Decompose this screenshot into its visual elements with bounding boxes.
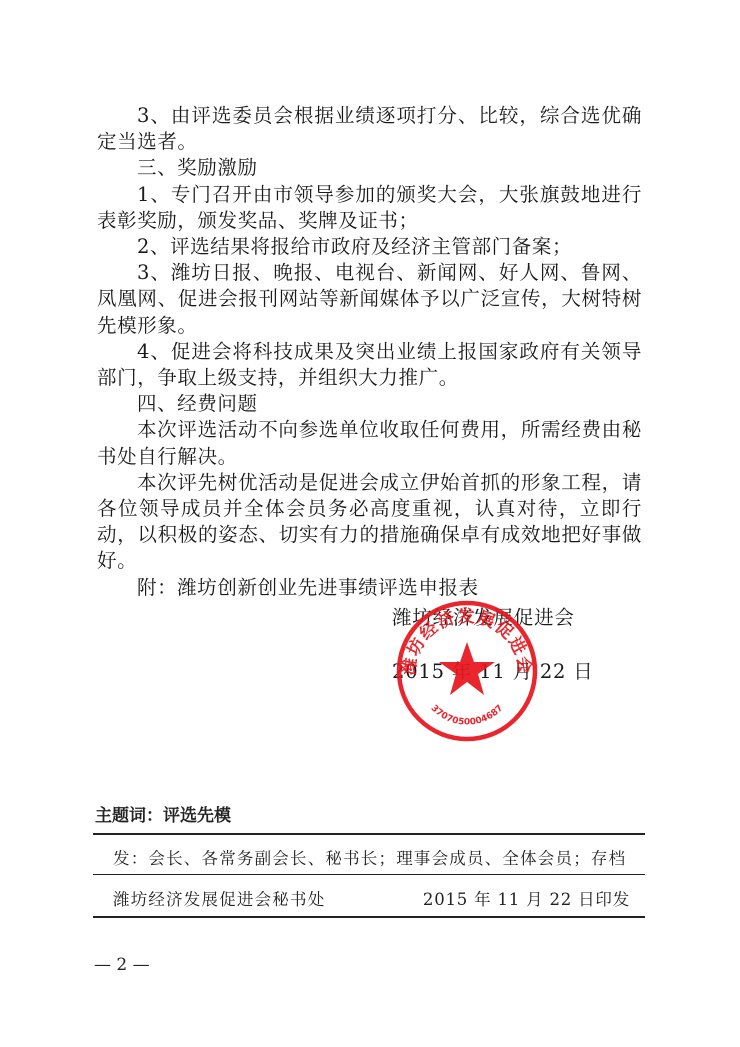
paragraph-no-fees: 本次评选活动不向参选单位收取任何费用，所需经费由秘书处自行解决。 [97,417,642,469]
paragraph-media-publicity: 3、潍坊日报、晚报、电视台、新闻网、好人网、鲁网、凤凰网、促进会报刊网站等新闻媒… [97,260,642,339]
section-heading-rewards: 三、奖励激励 [97,155,642,181]
divider-bottom [93,916,645,918]
paragraph-report-upward: 4、促进会将科技成果及突出业绩上报国家政府有关领导部门，争取上级支持，并组织大力… [97,339,642,391]
document-body: 3、由评选委员会根据业绩逐项打分、比较，综合选优确定当选者。 三、奖励激励 1、… [97,103,642,601]
divider-middle [93,874,645,875]
paragraph-call-to-action: 本次评先树优活动是促进会成立伊始首抓的形象工程，请各位领导成员并全体会员务必高度… [97,470,642,575]
attachment-note: 附：潍坊创新创业先进事绩评选申报表 [97,575,642,601]
official-seal: 潍坊经济发展促进会 3707050004687 [394,598,540,744]
subject-keywords: 主题词：评选先模 [95,801,231,826]
section-heading-funding: 四、经费问题 [97,391,642,417]
divider-top [93,833,645,835]
paragraph-record-filing: 2、评选结果将报给市政府及经济主管部门备案； [97,234,642,260]
distribution-list: 发：会长、各常务副会长、秘书长；理事会成员、全体会员；存档 [113,845,626,869]
svg-text:3707050004687: 3707050004687 [429,703,506,727]
paragraph-selection-method: 3、由评选委员会根据业绩逐项打分、比较，综合选优确定当选者。 [97,103,642,155]
star-icon [439,642,495,695]
issue-date: 2015 年 11 月 22 日印发 [423,886,630,910]
seal-code: 3707050004687 [429,703,506,727]
issuing-office: 潍坊经济发展促进会秘书处 [113,886,325,910]
paragraph-award-ceremony: 1、专门召开由市领导参加的颁奖大会，大张旗鼓地进行表彰奖励，颁发奖品、奖牌及证书… [97,182,642,234]
document-page: 3、由评选委员会根据业绩逐项打分、比较，综合选优确定当选者。 三、奖励激励 1、… [0,0,740,1047]
page-number: — 2 — [94,955,150,975]
